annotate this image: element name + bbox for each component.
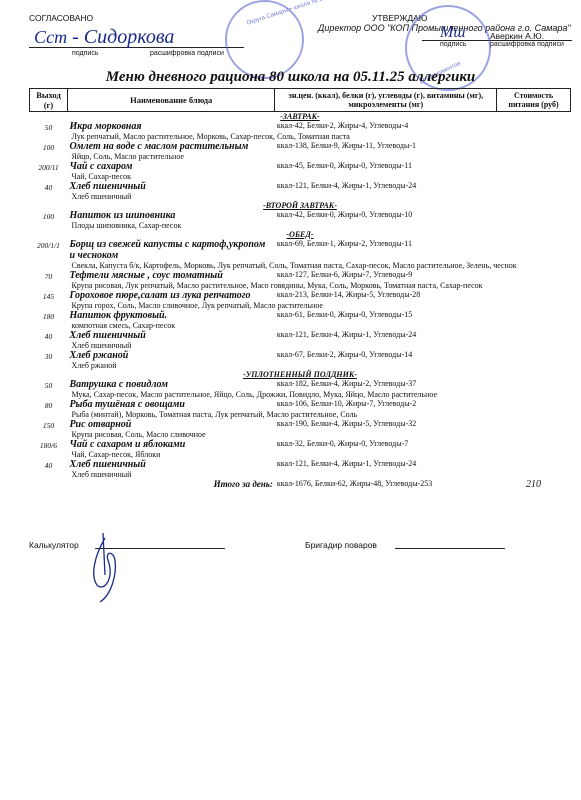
dish-row: 145Гороховое пюре,салат из лука репчатог…	[30, 290, 571, 301]
dish-yield: 40	[30, 459, 68, 470]
dish-row: 180Напиток фруктовый.ккал-61, Белки-0, Ж…	[30, 310, 571, 321]
page-title: Меню дневного рациона 80 школа на 05.11.…	[0, 69, 581, 86]
ingredients-row: Крупа рисовая, Соль, Масло сливочное	[30, 430, 571, 439]
ingredients-row: Лук репчатый, Масло растительное, Морков…	[30, 132, 571, 141]
ingredients-row: Хлеб пшеничный	[30, 192, 571, 201]
approved-left-label: СОГЛАСОВАНО	[29, 13, 93, 23]
dish-nutrition: ккал-127, Белки-6, Жиры-7, Углеводы-9	[275, 270, 497, 281]
dish-ingredients: Хлеб пшеничный	[30, 192, 571, 201]
total-cost: 210	[497, 479, 571, 490]
dish-ingredients: Крупа горох, Соль, Масло сливочное, Лук …	[30, 301, 571, 310]
dish-yield: 50	[30, 121, 68, 132]
dish-nutrition: ккал-106, Белки-10, Жиры-7, Углеводы-2	[275, 399, 497, 410]
dish-yield: 200/11	[30, 161, 68, 172]
dish-ingredients: Хлеб пшеничный	[30, 341, 571, 350]
left-signature: Сст - Сидоркова	[34, 26, 174, 49]
dish-row: 30Хлеб ржанойккал-67, Белки-2, Жиры-0, У…	[30, 350, 571, 361]
dish-nutrition: ккал-182, Белки-4, Жиры-2, Углеводы-37	[275, 379, 497, 390]
dish-ingredients: Крупа рисовая, Соль, Масло сливочное	[30, 430, 571, 439]
dish-yield: 80	[30, 399, 68, 410]
dish-cost	[497, 141, 571, 152]
right-sub-decode: расшифровка подписи	[490, 41, 564, 48]
dish-yield: 100	[30, 141, 68, 152]
dish-yield: 40	[30, 181, 68, 192]
dish-name: Икра морковная	[69, 121, 272, 132]
dish-cell: Рыба тушёная с овощами	[67, 399, 274, 410]
dish-name: Хлеб ржаной	[69, 350, 272, 361]
dish-yield: 180/6	[30, 439, 68, 450]
dish-ingredients: Крупа рисовая, Лук репчатый, Масло расти…	[30, 281, 571, 290]
dish-cell: Рис отварной	[67, 419, 274, 430]
dish-cell: Гороховое пюре,салат из лука репчатого	[67, 290, 274, 301]
left-sub-decode: расшифровка подписи	[150, 50, 224, 57]
calculator-signature	[75, 530, 135, 605]
dish-yield: 70	[30, 270, 68, 281]
dish-name: Хлеб пшеничный	[69, 459, 272, 470]
dish-cell: Икра морковная	[67, 121, 274, 132]
dish-row: 80Рыба тушёная с овощамиккал-106, Белки-…	[30, 399, 571, 410]
ingredients-row: Чай, Сахар-песок, Яблоки	[30, 450, 571, 459]
ingredients-row: компотная смесь, Сахар-песок	[30, 321, 571, 330]
dish-name: Чай с сахаром и яблоками	[69, 439, 272, 450]
ingredients-row: Свекла, Капуста б/к, Картофель, Морковь,…	[30, 261, 571, 270]
dish-name: Ватрушка с повидлом	[69, 379, 272, 390]
dish-cell: Напиток фруктовый.	[67, 310, 274, 321]
section-header: -УПЛОТНЕННЫЙ ПОЛДНИК-	[30, 370, 571, 379]
dish-nutrition: ккал-190, Белки-4, Жиры-5, Углеводы-32	[275, 419, 497, 430]
dish-ingredients: Чай, Сахар-песок, Яблоки	[30, 450, 571, 459]
dish-ingredients: Лук репчатый, Масло растительное, Морков…	[30, 132, 571, 141]
col-dish: Наименование блюда	[67, 89, 274, 112]
dish-ingredients: Плоды шиповника, Сахар-песок	[30, 221, 571, 230]
dish-name: Гороховое пюре,салат из лука репчатого	[69, 290, 272, 301]
dish-name: Борщ из свежей капусты с картоф,укропом …	[69, 239, 272, 261]
dish-cost	[497, 181, 571, 192]
menu-table: Выход (г) Наименование блюда эн.цен. (кк…	[29, 88, 571, 490]
dish-cell: Тефтели мясные , соус томатный	[67, 270, 274, 281]
ingredients-row: Мука, Сахар-песок, Масло растительное, Я…	[30, 390, 571, 399]
dish-cell: Чай с сахаром и яблоками	[67, 439, 274, 450]
dish-row: 40Хлеб пшеничныйккал-121, Белки-4, Жиры-…	[30, 181, 571, 192]
dish-cost	[497, 459, 571, 470]
ingredients-row: Яйцо, Соль, Масло растительное	[30, 152, 571, 161]
dish-yield: 150	[30, 419, 68, 430]
dish-ingredients: Свекла, Капуста б/к, Картофель, Морковь,…	[30, 261, 571, 270]
dish-ingredients: компотная смесь, Сахар-песок	[30, 321, 571, 330]
dish-nutrition: ккал-45, Белки-0, Жиры-0, Углеводы-11	[275, 161, 497, 172]
table-header-row: Выход (г) Наименование блюда эн.цен. (кк…	[30, 89, 571, 112]
dish-cost	[497, 379, 571, 390]
director-name: Аверкин А.Ю.	[490, 31, 544, 41]
dish-row: 50Икра морковнаяккал-42, Белки-2, Жиры-4…	[30, 121, 571, 132]
dish-cell: Борщ из свежей капусты с картоф,укропом …	[67, 239, 274, 261]
left-sub-sign: подпись	[72, 50, 98, 57]
dish-cell: Хлеб пшеничный	[67, 330, 274, 341]
dish-name: Напиток из шиповника	[69, 210, 272, 221]
ingredients-row: Плоды шиповника, Сахар-песок	[30, 221, 571, 230]
dish-nutrition: ккал-213, Белки-14, Жиры-5, Углеводы-28	[275, 290, 497, 301]
dish-nutrition: ккал-121, Белки-4, Жиры-1, Углеводы-24	[275, 181, 497, 192]
ingredients-row: Крупа рисовая, Лук репчатый, Масло расти…	[30, 281, 571, 290]
ingredients-row: Хлеб ржаной	[30, 361, 571, 370]
dish-nutrition: ккал-69, Белки-1, Жиры-2, Углеводы-11	[275, 239, 497, 261]
dish-ingredients: Чай, Сахар-песок	[30, 172, 571, 181]
dish-cost	[497, 419, 571, 430]
col-cost: Стоимость питания (руб)	[497, 89, 571, 112]
chef-label: Бригадир поваров	[305, 540, 377, 550]
dish-name: Омлет на воде с маслом растительным	[69, 141, 272, 152]
ingredients-row: Рыба (минтай), Морковь, Томатная паста, …	[30, 410, 571, 419]
total-label: Итого за день:	[67, 479, 274, 490]
dish-name: Напиток фруктовый.	[69, 310, 272, 321]
dish-nutrition: ккал-42, Белки-0, Жиры-0, Углеводы-10	[275, 210, 497, 221]
dish-cost	[497, 270, 571, 281]
dish-ingredients: Хлеб пшеничный	[30, 470, 571, 479]
dish-cell: Хлеб пшеничный	[67, 181, 274, 192]
dish-cell: Омлет на воде с маслом растительным	[67, 141, 274, 152]
dish-ingredients: Рыба (минтай), Морковь, Томатная паста, …	[30, 410, 571, 419]
dish-yield: 145	[30, 290, 68, 301]
dish-cell: Хлеб ржаной	[67, 350, 274, 361]
dish-cost	[497, 161, 571, 172]
dish-yield: 180	[30, 310, 68, 321]
total-row: Итого за день: ккал-1676, Белки-62, Жиры…	[30, 479, 571, 490]
dish-row: 100Омлет на воде с маслом растительнымкк…	[30, 141, 571, 152]
dish-yield: 30	[30, 350, 68, 361]
ingredients-row: Крупа горох, Соль, Масло сливочное, Лук …	[30, 301, 571, 310]
dish-nutrition: ккал-61, Белки-0, Жиры-0, Углеводы-15	[275, 310, 497, 321]
dish-nutrition: ккал-121, Белки-4, Жиры-1, Углеводы-24	[275, 459, 497, 470]
dish-cost	[497, 350, 571, 361]
dish-name: Тефтели мясные , соус томатный	[69, 270, 272, 281]
dish-nutrition: ккал-121, Белки-4, Жиры-1, Углеводы-24	[275, 330, 497, 341]
section-title: -ОБЕД-	[30, 230, 571, 239]
total-nutrition: ккал-1676, Белки-62, Жиры-48, Углеводы-2…	[275, 479, 497, 490]
section-title: -ВТОРОЙ ЗАВТРАК-	[30, 201, 571, 210]
dish-row: 200/11Чай с сахаромккал-45, Белки-0, Жир…	[30, 161, 571, 172]
dish-name: Рыба тушёная с овощами	[69, 399, 272, 410]
dish-cost	[497, 439, 571, 450]
section-title: -УПЛОТНЕННЫЙ ПОЛДНИК-	[30, 370, 571, 379]
dish-row: 40Хлеб пшеничныйккал-121, Белки-4, Жиры-…	[30, 330, 571, 341]
dish-row: 180/6Чай с сахаром и яблокамиккал-32, Бе…	[30, 439, 571, 450]
dish-yield: 50	[30, 379, 68, 390]
dish-cost	[497, 239, 571, 261]
dish-ingredients: Яйцо, Соль, Масло растительное	[30, 152, 571, 161]
dish-name: Хлеб пшеничный	[69, 181, 272, 192]
calculator-label: Калькулятор	[29, 540, 79, 550]
dish-cost	[497, 210, 571, 221]
dish-name: Хлеб пшеничный	[69, 330, 272, 341]
ingredients-row: Чай, Сахар-песок	[30, 172, 571, 181]
dish-cost	[497, 330, 571, 341]
dish-cost	[497, 290, 571, 301]
dish-yield: 40	[30, 330, 68, 341]
dish-cell: Хлеб пшеничный	[67, 459, 274, 470]
dish-cell: Чай с сахаром	[67, 161, 274, 172]
dish-row: 150Рис отварнойккал-190, Белки-4, Жиры-5…	[30, 419, 571, 430]
dish-row: 50Ватрушка с повидломккал-182, Белки-4, …	[30, 379, 571, 390]
section-title: -ЗАВТРАК-	[30, 112, 571, 122]
section-header: -ВТОРОЙ ЗАВТРАК-	[30, 201, 571, 210]
dish-cost	[497, 399, 571, 410]
col-yield: Выход (г)	[30, 89, 68, 112]
dish-row: 100Напиток из шиповникаккал-42, Белки-0,…	[30, 210, 571, 221]
dish-name: Рис отварной	[69, 419, 272, 430]
dish-nutrition: ккал-32, Белки-0, Жиры-0, Углеводы-7	[275, 439, 497, 450]
dish-cost	[497, 310, 571, 321]
col-nutrition: эн.цен. (ккал), белки (г), углеводы (г),…	[275, 89, 497, 112]
section-header: -ОБЕД-	[30, 230, 571, 239]
dish-name: Чай с сахаром	[69, 161, 272, 172]
dish-yield: 100	[30, 210, 68, 221]
dish-cost	[497, 121, 571, 132]
ingredients-row: Хлеб пшеничный	[30, 470, 571, 479]
dish-nutrition: ккал-67, Белки-2, Жиры-0, Углеводы-14	[275, 350, 497, 361]
chef-signature-line	[395, 548, 505, 549]
section-header: -ЗАВТРАК-	[30, 112, 571, 122]
dish-yield: 200/1/1	[30, 239, 68, 261]
dish-row: 200/1/1Борщ из свежей капусты с картоф,у…	[30, 239, 571, 261]
dish-row: 40Хлеб пшеничныйккал-121, Белки-4, Жиры-…	[30, 459, 571, 470]
dish-nutrition: ккал-138, Белки-9, Жиры-11, Углеводы-1	[275, 141, 497, 152]
dish-cell: Напиток из шиповника	[67, 210, 274, 221]
dish-ingredients: Мука, Сахар-песок, Масло растительное, Я…	[30, 390, 571, 399]
dish-row: 70Тефтели мясные , соус томатныйккал-127…	[30, 270, 571, 281]
dish-nutrition: ккал-42, Белки-2, Жиры-4, Углеводы-4	[275, 121, 497, 132]
ingredients-row: Хлеб пшеничный	[30, 341, 571, 350]
dish-ingredients: Хлеб ржаной	[30, 361, 571, 370]
dish-cell: Ватрушка с повидлом	[67, 379, 274, 390]
